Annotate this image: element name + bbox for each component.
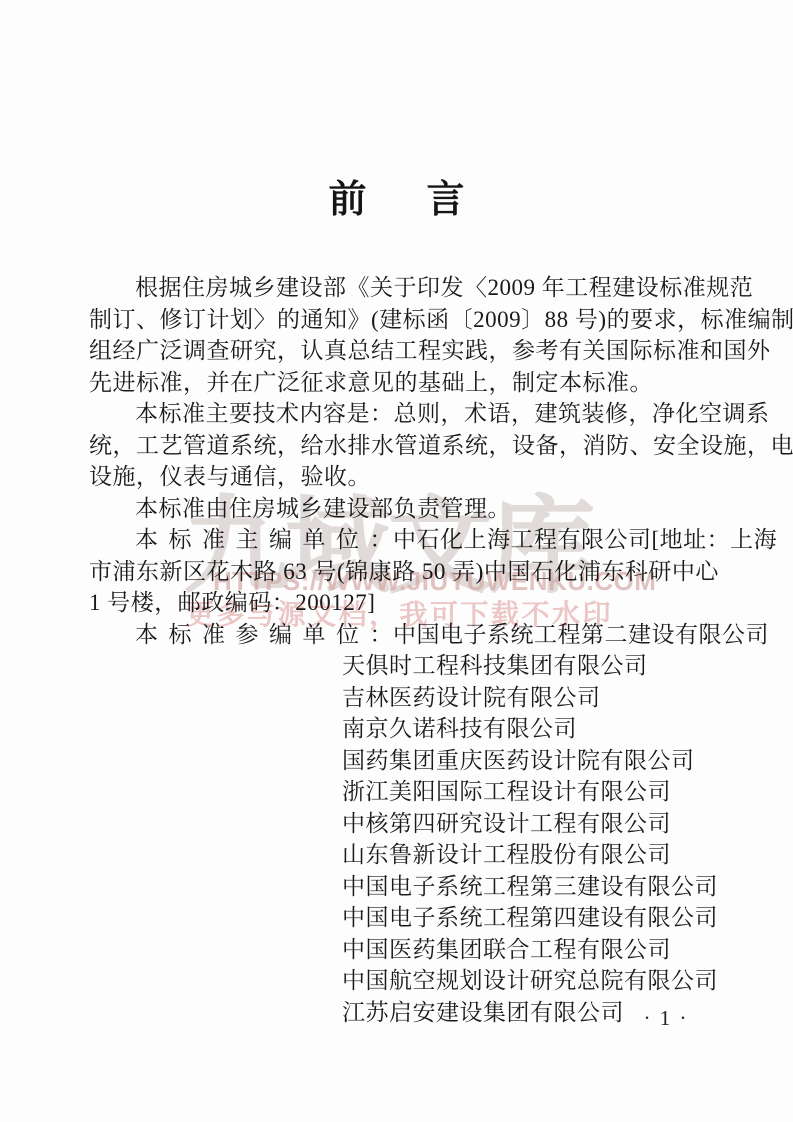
chief-editor-postcode-line: 1 号楼，邮政编码：200127]: [89, 587, 713, 619]
text-line: 制订、修订计划〉的通知》(建标函〔2009〕88 号)的要求，标准编制: [89, 304, 713, 336]
participating-units-line: 本标准参编单位：中国电子系统工程第二建设有限公司: [89, 619, 713, 651]
text-line: 统，工艺管道系统，给水排水管道系统，设备，消防、安全设施，电气: [89, 430, 713, 462]
participating-units-label: 本标准参编单位: [135, 622, 370, 647]
company-item: 中核第四研究设计工程有限公司: [342, 808, 713, 840]
participating-company-list: 天俱时工程科技集团有限公司 吉林医药设计院有限公司 南京久诺科技有限公司 国药集…: [89, 650, 713, 1028]
chief-editor-line: 本标准主编单位：中石化上海工程有限公司[地址：上海: [89, 524, 713, 556]
text-line: 设施，仪表与通信，验收。: [89, 461, 713, 493]
company-item: 中国电子系统工程第三建设有限公司: [342, 871, 713, 903]
text-line: 本标准主要技术内容是：总则，术语，建筑装修，净化空调系: [89, 398, 713, 430]
document-page: 前 言 根据住房城乡建设部《关于印发〈2009 年工程建设标准规范 制订、修订计…: [0, 0, 793, 1122]
company-item: 中国电子系统工程第四建设有限公司: [342, 902, 713, 934]
company-item: 国药集团重庆医药设计院有限公司: [342, 745, 713, 777]
chief-editor-address-line: 市浦东新区花木路 63 号(锦康路 50 弄)中国石化浦东科研中心: [89, 556, 713, 588]
foreword-body: 根据住房城乡建设部《关于印发〈2009 年工程建设标准规范 制订、修订计划〉的通…: [89, 272, 713, 1028]
company-item: 山东鲁新设计工程股份有限公司: [342, 839, 713, 871]
title-char-1: 前: [328, 168, 366, 223]
title-char-2: 言: [427, 168, 465, 223]
company-item: 中国医药集团联合工程有限公司: [342, 934, 713, 966]
chief-editor-block: 本标准主编单位：中石化上海工程有限公司[地址：上海 市浦东新区花木路 63 号(…: [89, 524, 713, 619]
company-item: 南京久诺科技有限公司: [342, 713, 713, 745]
text-line: 根据住房城乡建设部《关于印发〈2009 年工程建设标准规范: [89, 272, 713, 304]
text-line: 组经广泛调查研究，认真总结工程实践，参考有关国际标准和国外: [89, 335, 713, 367]
page-number: · 1 ·: [616, 1006, 716, 1031]
chief-editor-label: 本标准主编单位: [135, 527, 370, 552]
company-item: 浙江美阳国际工程设计有限公司: [342, 776, 713, 808]
paragraph-basis: 根据住房城乡建设部《关于印发〈2009 年工程建设标准规范 制订、修订计划〉的通…: [89, 272, 713, 398]
company-item: 天俱时工程科技集团有限公司: [342, 650, 713, 682]
participating-units-block: 本标准参编单位：中国电子系统工程第二建设有限公司 天俱时工程科技集团有限公司 吉…: [89, 619, 713, 1029]
company-item: 中国航空规划设计研究总院有限公司: [342, 965, 713, 997]
participating-first-company: ：中国电子系统工程第二建设有限公司: [370, 622, 770, 647]
text-line: 先进标准，并在广泛征求意见的基础上，制定本标准。: [89, 367, 713, 399]
chief-editor-name: ：中石化上海工程有限公司[地址：上海: [370, 527, 778, 552]
paragraph-contents: 本标准主要技术内容是：总则，术语，建筑装修，净化空调系 统，工艺管道系统，给水排…: [89, 398, 713, 493]
paragraph-management: 本标准由住房城乡建设部负责管理。: [89, 493, 713, 525]
page-title: 前 言: [0, 168, 793, 223]
company-item: 吉林医药设计院有限公司: [342, 682, 713, 714]
